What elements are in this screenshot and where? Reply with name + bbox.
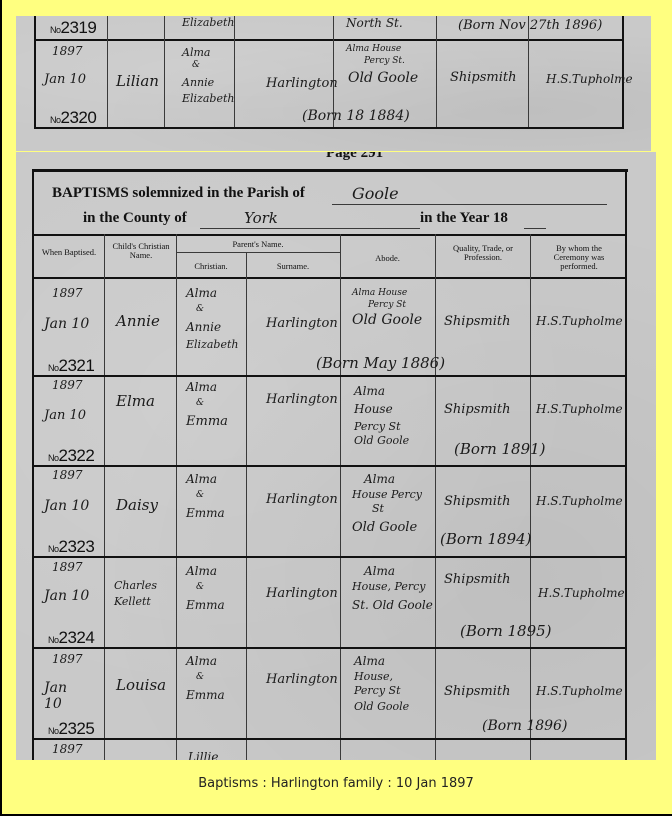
register-scan-bottom: Page 291 BAPTISMS solemnized in the Pari…: [16, 152, 656, 760]
parent-christian-2: Emma: [186, 414, 228, 429]
year-fill-line: [524, 228, 546, 229]
heading-line-2: in the County of: [83, 210, 187, 227]
parent-christian-3: Elizabeth: [186, 338, 238, 351]
baptism-date: Jan 10: [44, 316, 89, 332]
abode-line-1: Alma: [354, 384, 385, 398]
entry-number: No2324: [48, 628, 94, 648]
abode-line-1: Alma: [364, 564, 395, 578]
parent-christian-1: Alma: [186, 472, 217, 486]
parish-name: Goole: [352, 184, 399, 203]
entry-number: No2325: [48, 719, 94, 739]
col-rule: [436, 16, 437, 127]
officiant: H.S.Tupholme: [536, 402, 623, 416]
child-name: Lilian: [116, 72, 159, 90]
frame-bottom-rule: [34, 127, 624, 129]
christian-fragment: Elizabeth: [182, 16, 234, 29]
born-note: (Born 1896): [482, 718, 567, 734]
officiant: H.S.Tupholme: [546, 72, 633, 86]
page-label: Page 291: [326, 152, 383, 162]
entry-number: No2323: [48, 537, 94, 557]
baptism-year: 1897: [52, 44, 83, 58]
abode-line-3: St. Old Goole: [352, 598, 433, 612]
parish-fill-line: [332, 204, 607, 205]
col-rule: [164, 16, 165, 127]
child-name: Louisa: [116, 676, 166, 694]
child-name: Annie: [116, 312, 160, 330]
col-header-profession: Quality, Trade, or Profession.: [448, 244, 518, 262]
row-separator: [34, 647, 625, 649]
abode-line-3: St: [372, 502, 384, 515]
parent-christian-2: Emma: [186, 688, 225, 702]
parent-christian-2: Emma: [186, 598, 225, 612]
born-note: (Born 1895): [460, 622, 552, 640]
abode-line-2: House, Percy: [352, 580, 426, 593]
frame-top-rule: [32, 169, 628, 172]
abode-line-2: House Percy: [352, 488, 422, 501]
surname: Harlington: [266, 316, 338, 331]
child-name: Daisy: [116, 496, 158, 514]
abode-fragment: North St.: [346, 16, 403, 30]
col-rule: [107, 16, 108, 127]
county-fill-line: [200, 228, 420, 229]
abode-line-3: Old Goole: [352, 312, 422, 328]
row-separator: [34, 375, 625, 377]
abode-line-2: Percy St.: [364, 56, 405, 66]
col-header-officiant: By whom the Ceremony was performed.: [538, 244, 620, 271]
profession: Shipsmith: [444, 494, 511, 509]
abode-line-4: Old Goole: [354, 434, 409, 447]
col-header-surname: Surname.: [246, 262, 340, 271]
frame-right-rule: [625, 169, 627, 760]
abode-line-3: Percy St: [354, 420, 401, 433]
frame-left-rule: [34, 16, 36, 127]
baptism-date: Jan 10: [44, 408, 86, 423]
surname: Harlington: [266, 672, 338, 687]
parent-christian-2: Annie: [186, 320, 221, 334]
col-header-when: When Baptised.: [38, 248, 100, 257]
born-note: (Born 1894): [440, 530, 532, 548]
abode-line-1: Alma: [354, 654, 385, 668]
baptism-year: 1897: [52, 652, 83, 666]
born-note: (Born May 1886): [316, 354, 445, 372]
born-note: (Born Nov 27th 1896): [458, 18, 602, 33]
profession: Shipsmith: [444, 314, 511, 329]
year-label: in the Year 18: [420, 210, 508, 227]
col-header-child: Child's Christian Name.: [112, 242, 170, 260]
col-rule: [340, 234, 341, 760]
surname: Harlington: [266, 392, 338, 407]
born-note: (Born 1891): [454, 440, 546, 458]
surname: Harlington: [266, 76, 338, 91]
baptism-year: 1897: [52, 560, 83, 574]
abode-line-3: Old Goole: [348, 70, 418, 86]
born-note: (Born 18 1884): [302, 108, 410, 124]
officiant: H.S.Tupholme: [536, 314, 623, 328]
child-name: Charles Kellett: [114, 578, 170, 610]
profession: Shipsmith: [444, 572, 511, 587]
officiant: H.S.Tupholme: [536, 684, 623, 698]
abode-line-2: House: [354, 402, 393, 416]
header-bottom-rule: [34, 277, 625, 279]
parent-christian-and: &: [196, 672, 204, 682]
officiant: H.S.Tupholme: [536, 494, 623, 508]
parent-christian-3: Elizabeth: [182, 92, 234, 105]
baptism-date: Jan 10: [44, 498, 89, 514]
register-scan-top: No2319 Elizabeth North St. (Born Nov 27t…: [16, 16, 651, 151]
baptism-date: Jan 10: [44, 72, 86, 87]
col-rule: [435, 234, 436, 760]
county-name: York: [244, 209, 278, 227]
profession: Shipsmith: [450, 70, 517, 85]
col-header-christian: Christian.: [176, 262, 246, 271]
parent-christian-fragment: Lillie: [188, 750, 218, 760]
row-separator: [34, 556, 625, 558]
abode-line-1: Alma House: [352, 288, 407, 298]
abode-line-3: Percy St: [354, 684, 401, 697]
col-rule: [104, 234, 105, 760]
frame-edge-left: [0, 0, 2, 816]
baptism-date: Jan 10: [44, 680, 80, 712]
row-separator: [34, 738, 625, 740]
abode-line-2: Percy St: [368, 300, 406, 310]
baptism-year: 1897: [52, 286, 83, 300]
parent-christian-2: Emma: [186, 506, 225, 520]
parent-christian-1: Alma: [186, 564, 217, 578]
child-name: Elma: [116, 392, 155, 410]
col-rule: [234, 16, 235, 127]
parent-christian-and: &: [196, 398, 204, 408]
col-header-abode: Abode.: [340, 254, 435, 263]
col-header-parents: Parent's Name.: [176, 240, 340, 249]
officiant: H.S.Tupholme: [538, 586, 625, 600]
parent-christian-1: Alma: [186, 380, 217, 394]
parent-christian-and: &: [196, 490, 204, 500]
baptism-year: 1897: [52, 468, 83, 482]
col-rule: [530, 234, 531, 760]
heading-line-1: BAPTISMS solemnized in the Parish of: [52, 185, 305, 202]
row-separator: [34, 465, 625, 467]
parent-christian-2: Annie: [182, 76, 214, 89]
entry-number: No2320: [50, 108, 96, 128]
image-caption: Baptisms : Harlington family : 10 Jan 18…: [0, 776, 672, 791]
baptism-year: 1897: [52, 378, 83, 392]
col-rule: [176, 234, 177, 760]
abode-line-1: Alma House: [346, 44, 401, 54]
entry-number: No2322: [48, 446, 94, 466]
entry-number: No2319: [50, 18, 96, 38]
profession: Shipsmith: [444, 684, 511, 699]
parent-christian-and: &: [192, 60, 200, 70]
surname: Harlington: [266, 586, 338, 601]
entry-number: No2321: [48, 356, 94, 376]
abode-line-2: House,: [354, 670, 393, 683]
row-separator: [34, 39, 624, 41]
parent-christian-and: &: [196, 582, 204, 592]
baptism-date: Jan 10: [44, 588, 89, 604]
parents-subheader-rule: [176, 252, 340, 253]
profession: Shipsmith: [444, 402, 511, 417]
parent-christian-and: &: [196, 304, 204, 314]
col-rule: [246, 252, 247, 760]
parent-christian-1: Alma: [186, 654, 217, 668]
parent-christian-1: Alma: [186, 286, 217, 300]
abode-line-1: Alma: [364, 472, 395, 486]
abode-line-4: Old Goole: [354, 700, 409, 713]
abode-line-4: Old Goole: [352, 520, 417, 535]
parent-christian-1: Alma: [182, 46, 210, 59]
baptism-year: 1897: [52, 742, 83, 756]
surname: Harlington: [266, 492, 338, 507]
header-top-rule: [34, 234, 625, 236]
